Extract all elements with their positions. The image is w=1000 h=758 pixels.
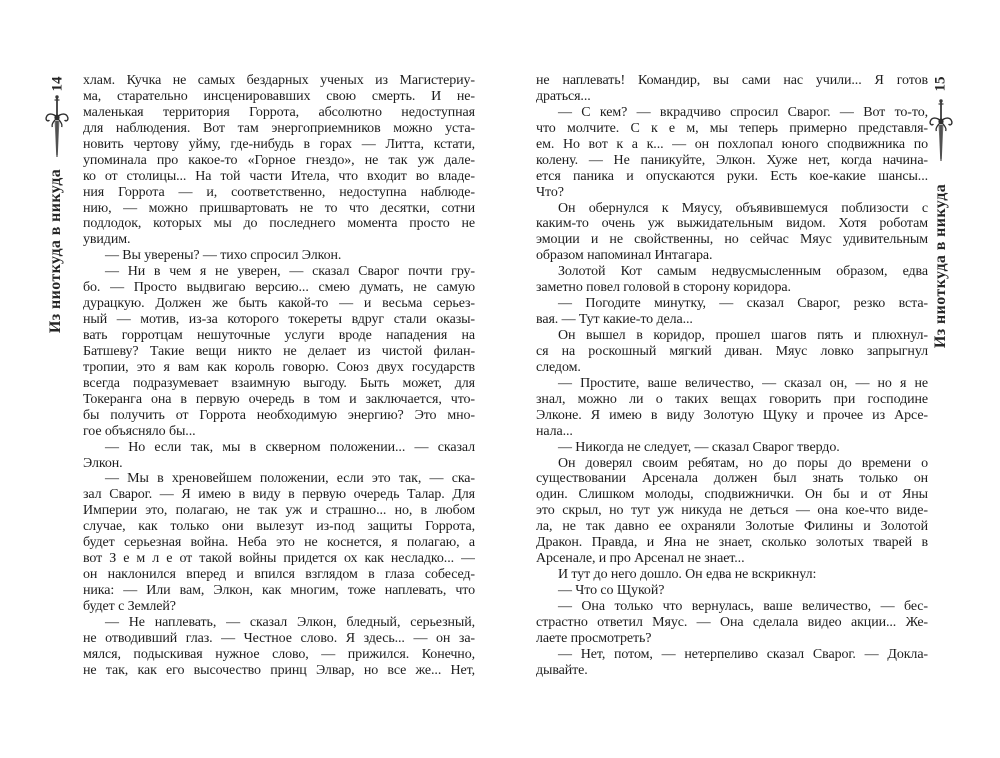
text-line: каким-то очень уж выжидательным видом. Х… (536, 216, 928, 232)
text-line: — Ни в чем я не уверен, — сказал Сварог … (83, 264, 475, 280)
text-line: он наклонился вперед и впился взглядом в… (83, 567, 475, 583)
text-line: Батшеву? Такие вещи никто не делает из ч… (83, 344, 475, 360)
text-line: увидим. (83, 232, 475, 248)
dagger-icon (928, 98, 954, 166)
text-line: — Что со Щукой? (536, 583, 928, 599)
text-line: колену. — Не паникуйте, Элкон. Хуже нет,… (536, 153, 928, 169)
text-line: не отводивший глаз. — Честное слово. Я з… (83, 631, 475, 647)
text-line: вот З е м л е от такой войны придется ох… (83, 551, 475, 567)
text-line: случае, как только они вылезут из-под за… (83, 519, 475, 535)
text-line: хлам. Кучка не самых бездарных ученых из… (83, 73, 475, 89)
text-line: — Простите, ваше величество, — сказал он… (536, 376, 928, 392)
text-line: — Нет, потом, — нетерпеливо сказал Сваро… (536, 647, 928, 663)
text-line: вать горротцам нешуточные услуги вроде н… (83, 328, 475, 344)
text-line: не так, как его высочество принц Элвар, … (83, 663, 475, 679)
text-line: — Погодите минутку, — сказал Сварог, рез… (536, 296, 928, 312)
text-line: мялся, подыскивая нужное слово, — прижил… (83, 647, 475, 663)
text-line: Токеранга она в первую очередь в том и з… (83, 392, 475, 408)
text-line: всегда подразумевает взаимную выгоду. Бы… (83, 376, 475, 392)
text-line: лаете просмотреть? (536, 631, 928, 647)
text-line: ный — мотив, из-за которого токереты вдр… (83, 312, 475, 328)
text-line: — Не наплевать, — сказал Элкон, бледный,… (83, 615, 475, 631)
text-line: бо. — Просто выдвигаю версию... смею дум… (83, 280, 475, 296)
text-line: Дракон. Правда, и Яна не знает, сколько … (536, 535, 928, 551)
text-line: ем. Но вот к а к... — он похлопал юного … (536, 137, 928, 153)
page-number-right: 15 (933, 77, 950, 92)
text-line: это скрыл, но тут уж никуда не деться — … (536, 503, 928, 519)
text-line: вая. — Тут какие-то дела... (536, 312, 928, 328)
text-line: знал, можно ли о таких вещах говорить пр… (536, 392, 928, 408)
text-line: гое объясняло бы... (83, 424, 475, 440)
text-line: ния Горрота — и, соответственно, недосту… (83, 185, 475, 201)
text-line: Он обернулся к Мяусу, объявившемуся побл… (536, 201, 928, 217)
text-line: — Никогда не следует, — сказал Сварог тв… (536, 440, 928, 456)
text-line: Элкон. (83, 456, 475, 472)
text-line: Империи это, полагаю, не так уж и страшн… (83, 503, 475, 519)
text-line: ма, старательно инсценировавших свою сме… (83, 89, 475, 105)
text-line: ника: — Или вам, Элкон, как многим, тоже… (83, 583, 475, 599)
text-line: один. Слишком молоды, сподвижнички. Он б… (536, 487, 928, 503)
text-line: страстно ответил Мяус. — Она сделала вид… (536, 615, 928, 631)
text-line: — С кем? — вкрадчиво спросил Сварог. — В… (536, 105, 928, 121)
text-line: новить чертову уйму, где-нибудь в горах … (83, 137, 475, 153)
text-line: зал Сварог. — Я имею в виду в первую оче… (83, 487, 475, 503)
text-line: — Но если так, мы в скверном положении..… (83, 440, 475, 456)
text-line: Золотой Кот самым недвусмысленным образо… (536, 264, 928, 280)
text-line: что молчите. С к е м, мы теперь примерно… (536, 121, 928, 137)
text-line: бы получить от Горрота необходимую энерг… (83, 408, 475, 424)
text-line: заметно повел головой в сторону коридора… (536, 280, 928, 296)
text-line: будет серьезная война. Неба это не косне… (83, 535, 475, 551)
text-line: эмоции и не свойственны, но сейчас Мяус … (536, 232, 928, 248)
text-line: Что? (536, 185, 928, 201)
text-line: Элконе. Я имею в виду Золотую Щуку и про… (536, 408, 928, 424)
text-line: — Она только что вернулась, ваше величес… (536, 599, 928, 615)
text-line: маленькая территория Горрота, абсолютно … (83, 105, 475, 121)
text-line: нала... (536, 424, 928, 440)
text-line: И тут до него дошло. Он едва не вскрикну… (536, 567, 928, 583)
text-line: дурацкую. Должен же быть какой-то — и ве… (83, 296, 475, 312)
text-line: драться... (536, 89, 928, 105)
text-line: образом напоминал Интагара. (536, 248, 928, 264)
text-line: Он доверял своим ребятам, но до поры до … (536, 456, 928, 472)
text-line: нию, — можно пришвартовать не то что дес… (83, 201, 475, 217)
text-line: Арсенале, и про Арсенал не знает... (536, 551, 928, 567)
text-line: ся на роскошный мягкий диван. Мяус ловко… (536, 344, 928, 360)
running-title-left: Из ниоткуда в никуда (47, 169, 65, 333)
page-left-text: хлам. Кучка не самых бездарных ученых из… (83, 73, 475, 679)
running-title-right: Из ниоткуда в никуда (932, 184, 950, 348)
dagger-icon (44, 94, 70, 162)
text-line: следом. (536, 360, 928, 376)
text-line: Он вышел в коридор, прошел шагов пять и … (536, 328, 928, 344)
text-line: существовании Арсенала должен был знать … (536, 471, 928, 487)
text-line: — Вы уверены? — тихо спросил Элкон. (83, 248, 475, 264)
text-line: — Мы в хреновейшем положении, если это т… (83, 471, 475, 487)
text-line: для наблюдения. Вот там энергоприемников… (83, 121, 475, 137)
text-line: ла, не так давно ее охраняли Золотые Фил… (536, 519, 928, 535)
text-line: упоминала про какое-то «Горное гнездо», … (83, 153, 475, 169)
text-line: ко от столицы... На той части Итела, что… (83, 169, 475, 185)
text-line: подлодок, которых мы до последнего момен… (83, 216, 475, 232)
page-number-left: 14 (50, 77, 67, 92)
text-line: тропии, это я вам как король говорю. Сою… (83, 360, 475, 376)
page-right-text: не наплевать! Командир, вы сами нас учил… (536, 73, 928, 679)
text-line: будет с Землей? (83, 599, 475, 615)
text-line: ется паника и опускаются руки. Есть кое-… (536, 169, 928, 185)
text-line: не наплевать! Командир, вы сами нас учил… (536, 73, 928, 89)
text-line: дывайте. (536, 663, 928, 679)
book-spread: { "book": { "running_title": "Из ниоткуд… (0, 0, 1000, 758)
